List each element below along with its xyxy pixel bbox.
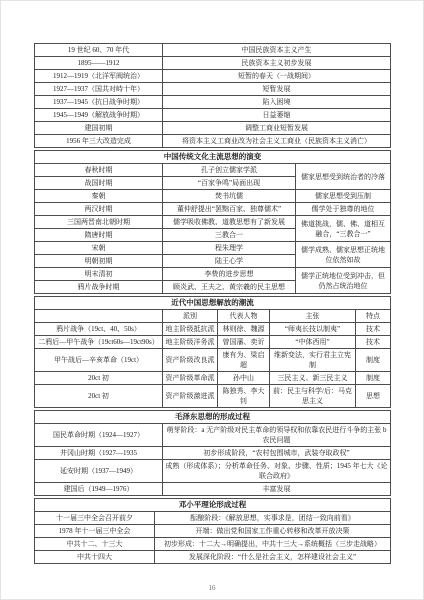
mao-table: 毛泽东思想的形成过程 国民革命时期（1924—1927） 萌芽阶段：a 无产阶级… xyxy=(34,410,391,496)
event-cell: 焚书坑儒 xyxy=(163,190,296,203)
table-row: 20ct 初 资产阶级革命派 孙中山 三民主义、新三民主义 制度 xyxy=(35,372,391,385)
table-row: 秦朝 焚书坑儒 儒家思想受到压制 xyxy=(35,190,391,203)
period-cell: 春秋时期 xyxy=(35,164,163,177)
desc-cell: 初步形成：十二大→明确提出，中共十三大→系统概括（三步走战略） xyxy=(155,538,391,551)
table-row: 1895——1912 民族资本主义初步发展 xyxy=(35,57,391,70)
figures-cell: 林则徐、魏源 xyxy=(218,323,270,336)
faction-cell: 资产阶级改良派 xyxy=(163,349,218,372)
desc-cell: 初步形成阶段，“农村包围城市，武装夺取政权” xyxy=(163,447,391,460)
table-row: 两汉时期 董仲舒提出“罢黜百家、独尊儒术” 儒学处于独尊的地位 xyxy=(35,203,391,216)
page-number: 16 xyxy=(34,584,390,592)
table-row: 毛泽东思想的形成过程 xyxy=(35,411,391,424)
period-cell: 甲午战后—辛亥革命（19ct） xyxy=(35,349,163,372)
period-cell: 1895——1912 xyxy=(35,57,163,70)
period-cell: 明朝初期 xyxy=(35,255,163,268)
section-title: 中国传统文化主流思想的演变 xyxy=(35,151,391,164)
column-header: 特点 xyxy=(356,310,391,323)
capitalism-table: 19 世纪 60、70 年代 中国民族资本主义产生 1895——1912 民族资… xyxy=(34,43,391,148)
status-cell: 儒学成熟、儒家思想正统地位依然如故 xyxy=(296,242,391,268)
period-cell: 1912—1919（北洋军阀统治） xyxy=(35,70,163,83)
claim-cell: 三民主义、新三民主义 xyxy=(270,372,356,385)
period-cell: 1978 年十一届三中全会 xyxy=(35,525,155,538)
table-row: 1978 年十一届三中全会 开端：做出党和国家工作重心转移和改革开放决策 xyxy=(35,525,391,538)
event-cell: “百家争鸣”局面出现 xyxy=(163,177,296,190)
period-cell: 延安时期（1937—1949） xyxy=(35,460,163,483)
period-cell: 战国时期 xyxy=(35,177,163,190)
status-cell: 儒家思想受到压制 xyxy=(296,190,391,203)
period-cell: 两汉时期 xyxy=(35,203,163,216)
period-cell: 秦朝 xyxy=(35,190,163,203)
event-cell: 陆王心学 xyxy=(163,255,296,268)
event-cell: 孔子创立儒家学派 xyxy=(163,164,296,177)
table-row: 1945—1949（解放战争时期） 日益萎缩 xyxy=(35,109,391,122)
column-header: 主张 xyxy=(270,310,356,323)
desc-cell: 将资本主义工商业改为社会主义工商业（民族资本主义消亡） xyxy=(163,135,391,148)
table-row: 建国初期 调整工商业短暂发展 xyxy=(35,122,391,135)
period-cell: 建国后（1949—1976） xyxy=(35,483,163,496)
period-cell: 1937—1945（抗日战争时期） xyxy=(35,96,163,109)
figures-cell: 孙中山 xyxy=(218,372,270,385)
table-row: 春秋时期 孔子创立儒家学派 儒家思想受到统治者的冷落 xyxy=(35,164,391,177)
table-row: 派别 代表人物 主张 特点 xyxy=(35,310,391,323)
faction-cell: 资产阶级激进派 xyxy=(163,385,218,408)
period-cell: 隋唐时期 xyxy=(35,229,163,242)
feature-cell: 思想 xyxy=(356,385,391,408)
period-cell: 建国初期 xyxy=(35,122,163,135)
section-title: 毛泽东思想的形成过程 xyxy=(35,411,391,424)
table-row: 国民革命时期（1924—1927） 萌芽阶段：a 无产阶级对民主革命的领导权和依… xyxy=(35,424,391,447)
faction-cell: 资产阶级革命派 xyxy=(163,372,218,385)
event-cell: 程朱理学 xyxy=(163,242,296,255)
desc-cell: 丰富发展 xyxy=(163,483,391,496)
feature-cell: 技术 xyxy=(356,323,391,336)
table-row: 明末清初 李贽的进步思想 儒学正统地位受到冲击，但仍然占统治地位 xyxy=(35,268,391,281)
period-cell: 明末清初 xyxy=(35,268,163,281)
document-page: 19 世纪 60、70 年代 中国民族资本主义产生 1895——1912 民族资… xyxy=(0,0,424,600)
desc-cell: 调整工商业短暂发展 xyxy=(163,122,391,135)
period-cell: 20ct 初 xyxy=(35,372,163,385)
desc-cell: 日益萎缩 xyxy=(163,109,391,122)
period-cell: 1956 年三大改造完成 xyxy=(35,135,163,148)
table-row: 中共十二、十三大 初步形成：十二大→明确提出，中共十三大→系统概括（三步走战略） xyxy=(35,538,391,551)
table-row: 1937—1945（抗日战争时期） 陷入困境 xyxy=(35,96,391,109)
table-row: 中国传统文化主流思想的演变 xyxy=(35,151,391,164)
table-row: 1912—1919（北洋军阀统治） 短暂的春天（一战期间） xyxy=(35,70,391,83)
modern-table: 近代中国思想解放的潮流 派别 代表人物 主张 特点 鸦片战争（19ct、40、5… xyxy=(34,296,391,408)
event-cell: 董仲舒提出“罢黜百家、独尊儒术” xyxy=(163,203,296,216)
period-cell: 1945—1949（解放战争时期） xyxy=(35,109,163,122)
column-header: 派别 xyxy=(163,310,218,323)
feature-cell: 制度 xyxy=(356,349,391,372)
status-cell: 儒学处于独尊的地位 xyxy=(296,203,391,216)
table-row: 中共十四大 发展深化阶段：“什么是社会主义，怎样建设社会主义” xyxy=(35,551,391,564)
claim-cell: 前：民主与科学/后：马克思主义 xyxy=(270,385,356,408)
figures-cell: 康有为、梁启超 xyxy=(218,349,270,372)
section-title: 近代中国思想解放的潮流 xyxy=(35,297,391,310)
event-cell: 儒学吸收佛教、道教思想有了新发展 xyxy=(163,216,296,229)
period-cell: 三国两晋南北朝时期 xyxy=(35,216,163,229)
table-row: 二鸦后—甲午战争（19ct60s—19ct90s） 地主阶级洋务派 曾国藩、奕䜣… xyxy=(35,336,391,349)
table-row: 十一届三中全会召开前夕 酝酿阶段：《解放思想，实事求是，团结一致向前看》 xyxy=(35,512,391,525)
period-cell: 中共十四大 xyxy=(35,551,155,564)
claim-cell: “中体西用” xyxy=(270,336,356,349)
desc-cell: 开端：做出党和国家工作重心转移和改革开放决策 xyxy=(155,525,391,538)
faction-cell: 地主阶级抵抗派 xyxy=(163,323,218,336)
table-row: 建国后（1949—1976） 丰富发展 xyxy=(35,483,391,496)
desc-cell: 萌芽阶段：a 无产阶级对民主革命的领导权和依靠农民进行斗争的主张 b 农民问题 xyxy=(163,424,391,447)
event-cell: 顾炎武、王夫之、黄宗羲的民主思想 xyxy=(163,281,296,294)
period-cell: 国民革命时期（1924—1927） xyxy=(35,424,163,447)
period-cell: 中共十二、十三大 xyxy=(35,538,155,551)
desc-cell: 民族资本主义初步发展 xyxy=(163,57,391,70)
period-cell: 1927—1937（国共对峙十年） xyxy=(35,83,163,96)
status-cell: 儒学正统地位受到冲击，但仍然占统治地位 xyxy=(296,268,391,294)
desc-cell: 短暂发展 xyxy=(163,83,391,96)
tradition-table: 中国传统文化主流思想的演变 春秋时期 孔子创立儒家学派 儒家思想受到统治者的冷落… xyxy=(34,150,391,294)
figures-cell: 曾国藩、奕䜣 xyxy=(218,336,270,349)
faction-cell: 地主阶级洋务派 xyxy=(163,336,218,349)
section-title: 邓小平理论形成过程 xyxy=(35,499,391,512)
desc-cell: 成熟（形成体系）；分析革命任务、对象、步骤、性质；1945 年七大《论联合政府》 xyxy=(163,460,391,483)
period-cell: 二鸦后—甲午战争（19ct60s—19ct90s） xyxy=(35,336,163,349)
period-cell: 鸦片战争（19ct、40、50s） xyxy=(35,323,163,336)
column-header-empty xyxy=(35,310,163,323)
period-cell: 宋朝 xyxy=(35,242,163,255)
feature-cell: 技术 xyxy=(356,336,391,349)
table-row: 延安时期（1937—1949） 成熟（形成体系）；分析革命任务、对象、步骤、性质… xyxy=(35,460,391,483)
table-row: 鸦片战争（19ct、40、50s） 地主阶级抵抗派 林则徐、魏源 “师夷长技以制… xyxy=(35,323,391,336)
desc-cell: 短暂的春天（一战期间） xyxy=(163,70,391,83)
table-row: 20ct 初 资产阶级激进派 陈独秀、李大钊 前：民主与科学/后：马克思主义 思… xyxy=(35,385,391,408)
status-cell: 佛道挑战，儒、佛、道相互融合，“三教合一” xyxy=(296,216,391,242)
feature-cell: 制度 xyxy=(356,372,391,385)
table-row: 井冈山时期（1927—1935 初步形成阶段，“农村包围城市，武装夺取政权” xyxy=(35,447,391,460)
event-cell: 三教合一 xyxy=(163,229,296,242)
claim-cell: “师夷长技以制夷” xyxy=(270,323,356,336)
desc-cell: 陷入困境 xyxy=(163,96,391,109)
table-row: 邓小平理论形成过程 xyxy=(35,499,391,512)
period-cell: 19 世纪 60、70 年代 xyxy=(35,44,163,57)
column-header: 代表人物 xyxy=(218,310,270,323)
claim-cell: 维新变法，实行君主立宪制 xyxy=(270,349,356,372)
desc-cell: 发展深化阶段：“什么是社会主义，怎样建设社会主义” xyxy=(155,551,391,564)
table-row: 宋朝 程朱理学 儒学成熟、儒家思想正统地位依然如故 xyxy=(35,242,391,255)
table-row: 1956 年三大改造完成 将资本主义工商业改为社会主义工商业（民族资本主义消亡） xyxy=(35,135,391,148)
period-cell: 20ct 初 xyxy=(35,385,163,408)
figures-cell: 陈独秀、李大钊 xyxy=(218,385,270,408)
event-cell: 李贽的进步思想 xyxy=(163,268,296,281)
period-cell: 十一届三中全会召开前夕 xyxy=(35,512,155,525)
desc-cell: 中国民族资本主义产生 xyxy=(163,44,391,57)
period-cell: 井冈山时期（1927—1935 xyxy=(35,447,163,460)
period-cell: 鸦片战争时期 xyxy=(35,281,163,294)
table-row: 近代中国思想解放的潮流 xyxy=(35,297,391,310)
page-content: 19 世纪 60、70 年代 中国民族资本主义产生 1895——1912 民族资… xyxy=(1,1,423,592)
table-row: 1927—1937（国共对峙十年） 短暂发展 xyxy=(35,83,391,96)
desc-cell: 酝酿阶段：《解放思想，实事求是，团结一致向前看》 xyxy=(155,512,391,525)
table-row: 三国两晋南北朝时期 儒学吸收佛教、道教思想有了新发展 佛道挑战，儒、佛、道相互融… xyxy=(35,216,391,229)
table-row: 19 世纪 60、70 年代 中国民族资本主义产生 xyxy=(35,44,391,57)
status-cell: 儒家思想受到统治者的冷落 xyxy=(296,164,391,190)
table-row: 甲午战后—辛亥革命（19ct） 资产阶级改良派 康有为、梁启超 维新变法，实行君… xyxy=(35,349,391,372)
deng-table: 邓小平理论形成过程 十一届三中全会召开前夕 酝酿阶段：《解放思想，实事求是，团结… xyxy=(34,498,391,564)
